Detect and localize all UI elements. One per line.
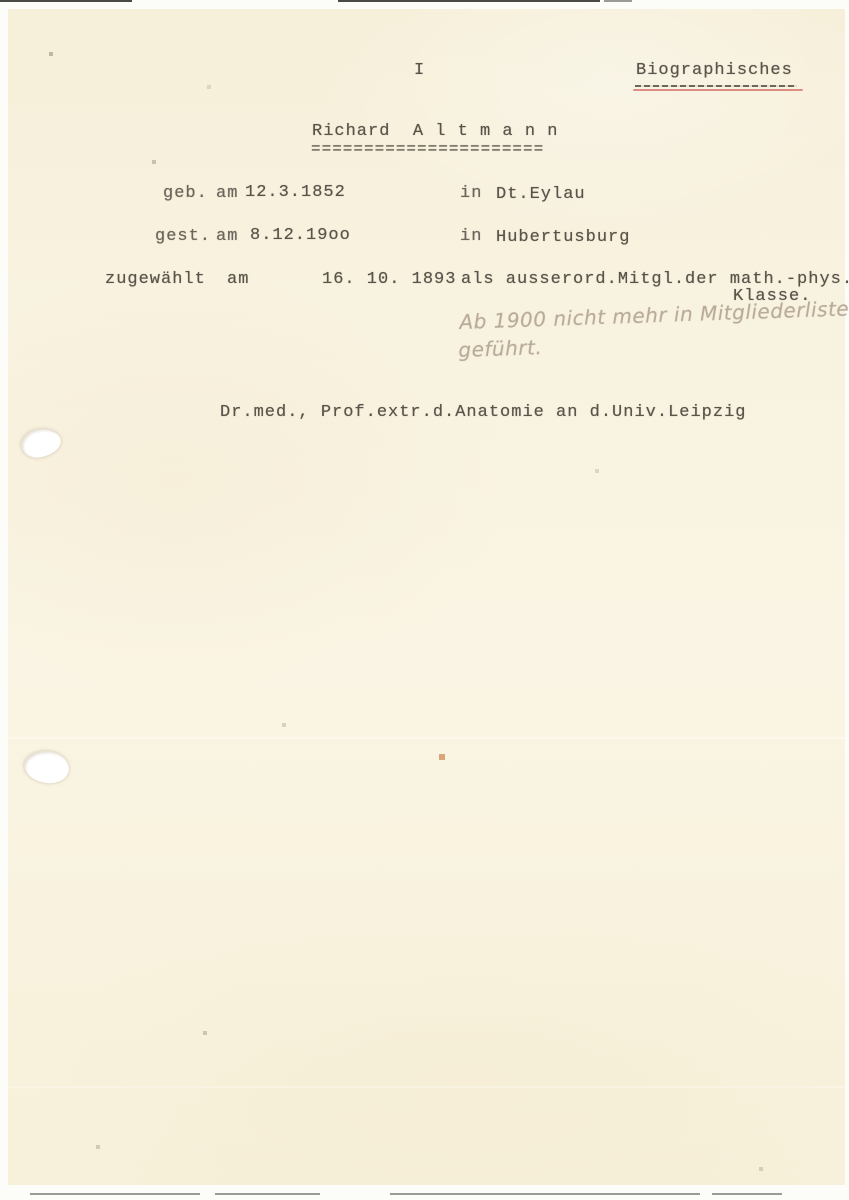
scanned-document: { "header": { "numeral": "I", "section":… (0, 0, 849, 1200)
section-underline-red (633, 89, 803, 91)
scan-edge-bottom-4 (712, 1193, 782, 1195)
born-place: Dt.Eylau (496, 185, 586, 204)
born-label: geb. (163, 184, 208, 203)
born-prep: am (216, 184, 238, 203)
born-in: in (460, 184, 482, 203)
died-label: gest. (155, 227, 211, 246)
scan-edge-bottom-1 (30, 1193, 200, 1195)
handwritten-note-line2: geführt. (458, 335, 543, 362)
scan-edge-top-right (604, 0, 632, 2)
scan-edge-top-left (0, 0, 132, 2)
fold-crease-lower (8, 1086, 845, 1088)
person-name: Richard A l t m a n n (312, 122, 558, 141)
paper-sheet (8, 9, 845, 1185)
paper-specks (0, 0, 2, 2)
section-underline-dark (635, 85, 797, 87)
scan-edge-top-mid (338, 0, 600, 2)
elected-label: zugewählt (105, 270, 206, 289)
section-heading: Biographisches (636, 61, 793, 80)
scan-edge-bottom-3 (390, 1193, 700, 1195)
died-date: 8.12.19oo (250, 226, 351, 245)
died-place: Hubertusburg (496, 228, 630, 247)
died-in: in (460, 227, 482, 246)
elected-date: 16. 10. 1893 (322, 270, 456, 289)
born-date: 12.3.1852 (245, 183, 346, 202)
title-underline-row: ====================== (311, 140, 544, 159)
occupation-line: Dr.med., Prof.extr.d.Anatomie an d.Univ.… (220, 403, 746, 422)
fold-crease-middle (8, 737, 845, 739)
page-numeral: I (414, 61, 425, 80)
died-prep: am (216, 227, 238, 246)
scan-edge-bottom-2 (215, 1193, 320, 1195)
elected-prep: am (227, 270, 249, 289)
